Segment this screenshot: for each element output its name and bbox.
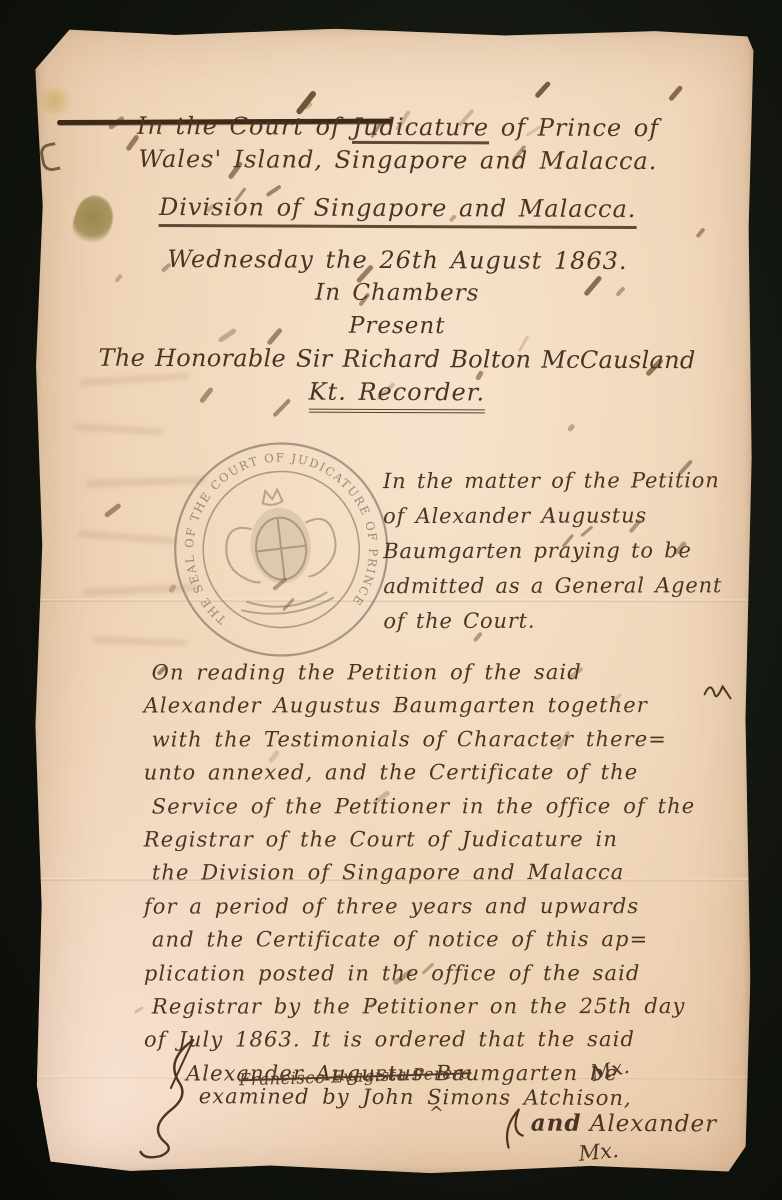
margin-bracket-flourish <box>135 1034 206 1164</box>
ink-dash <box>134 1006 145 1014</box>
matter-line: Baumgarten praying to be <box>383 533 722 569</box>
body-line: Service of the Petitioner in the office … <box>152 790 764 824</box>
order-paragraph: On reading the Petition of the said Alex… <box>144 656 756 1091</box>
ink-dash <box>104 503 122 518</box>
date-line: Wednesday the 26th August 1863. <box>82 243 712 279</box>
matter-block: In the matter of the Petition of Alexand… <box>383 463 722 639</box>
heading-line-2: Wales' Island, Singapore and Malacca. <box>83 143 713 179</box>
present-line: Present <box>82 309 712 345</box>
body-line: Registrar of the Court of Judicature in <box>144 823 756 857</box>
catchword-flourish <box>701 676 737 700</box>
body-line: plication posted in the office of the sa… <box>144 957 756 991</box>
body-line: and the Certificate of notice of this ap… <box>152 923 764 957</box>
body-line: unto annexed, and the Certificate of the <box>144 756 756 790</box>
ghost-stroke <box>74 423 164 435</box>
matter-line: of Alexander Augustus <box>383 498 722 534</box>
initial-flourish <box>493 1105 527 1151</box>
ink-dash <box>534 81 551 99</box>
judge-title-line: Kt. Recorder. <box>82 375 712 415</box>
final-initials: Mx. <box>577 1138 619 1166</box>
division-line: Division of Singapore and Malacca. <box>83 191 713 230</box>
heading-line-1: In the Court of Judicature of Prince of <box>83 110 713 146</box>
matter-line: admitted as a General Agent <box>383 568 722 604</box>
ghost-stroke <box>93 636 188 647</box>
court-heading: In the Court of Judicature of Prince of … <box>82 110 713 415</box>
insertion-caret: ^ <box>429 1103 444 1124</box>
body-line: for a period of three years and upwards <box>144 890 756 924</box>
body-line: On reading the Petition of the said <box>152 656 764 690</box>
underlined-word: Judicature <box>352 113 489 145</box>
margin-curl-mark <box>38 142 60 173</box>
matter-line: of the Court. <box>383 603 722 639</box>
ink-offset-marks <box>36 25 755 28</box>
session-line: In Chambers <box>82 276 712 312</box>
judge-name-line: The Honorable Sir Richard Bolton McCausl… <box>82 342 712 378</box>
and-alexander-line: and Alexander <box>531 1110 718 1138</box>
body-line: with the Testimonials of Character there… <box>152 723 764 757</box>
ink-dash <box>567 424 576 433</box>
matter-line: In the matter of the Petition <box>383 463 722 499</box>
showthrough-ghost-writing <box>36 25 755 28</box>
body-line: Registrar by the Petitioner on the 25th … <box>152 990 764 1024</box>
examined-line: examined by John Simons Atchison, <box>199 1084 632 1110</box>
photo-background: THE SEAL OF THE COURT OF JUDICATURE OF P… <box>0 0 782 1200</box>
document-page: THE SEAL OF THE COURT OF JUDICATURE OF P… <box>30 25 754 1176</box>
ink-dash <box>668 85 683 102</box>
court-seal-stamp: THE SEAL OF THE COURT OF JUDICATURE OF P… <box>152 421 410 679</box>
body-line: of July 1863. It is ordered that the sai… <box>144 1023 756 1057</box>
body-line: Alexander Augustus Baumgarten together <box>144 689 756 723</box>
body-line: the Division of Singapore and Malacca <box>152 856 764 890</box>
edge-stain <box>31 87 77 113</box>
